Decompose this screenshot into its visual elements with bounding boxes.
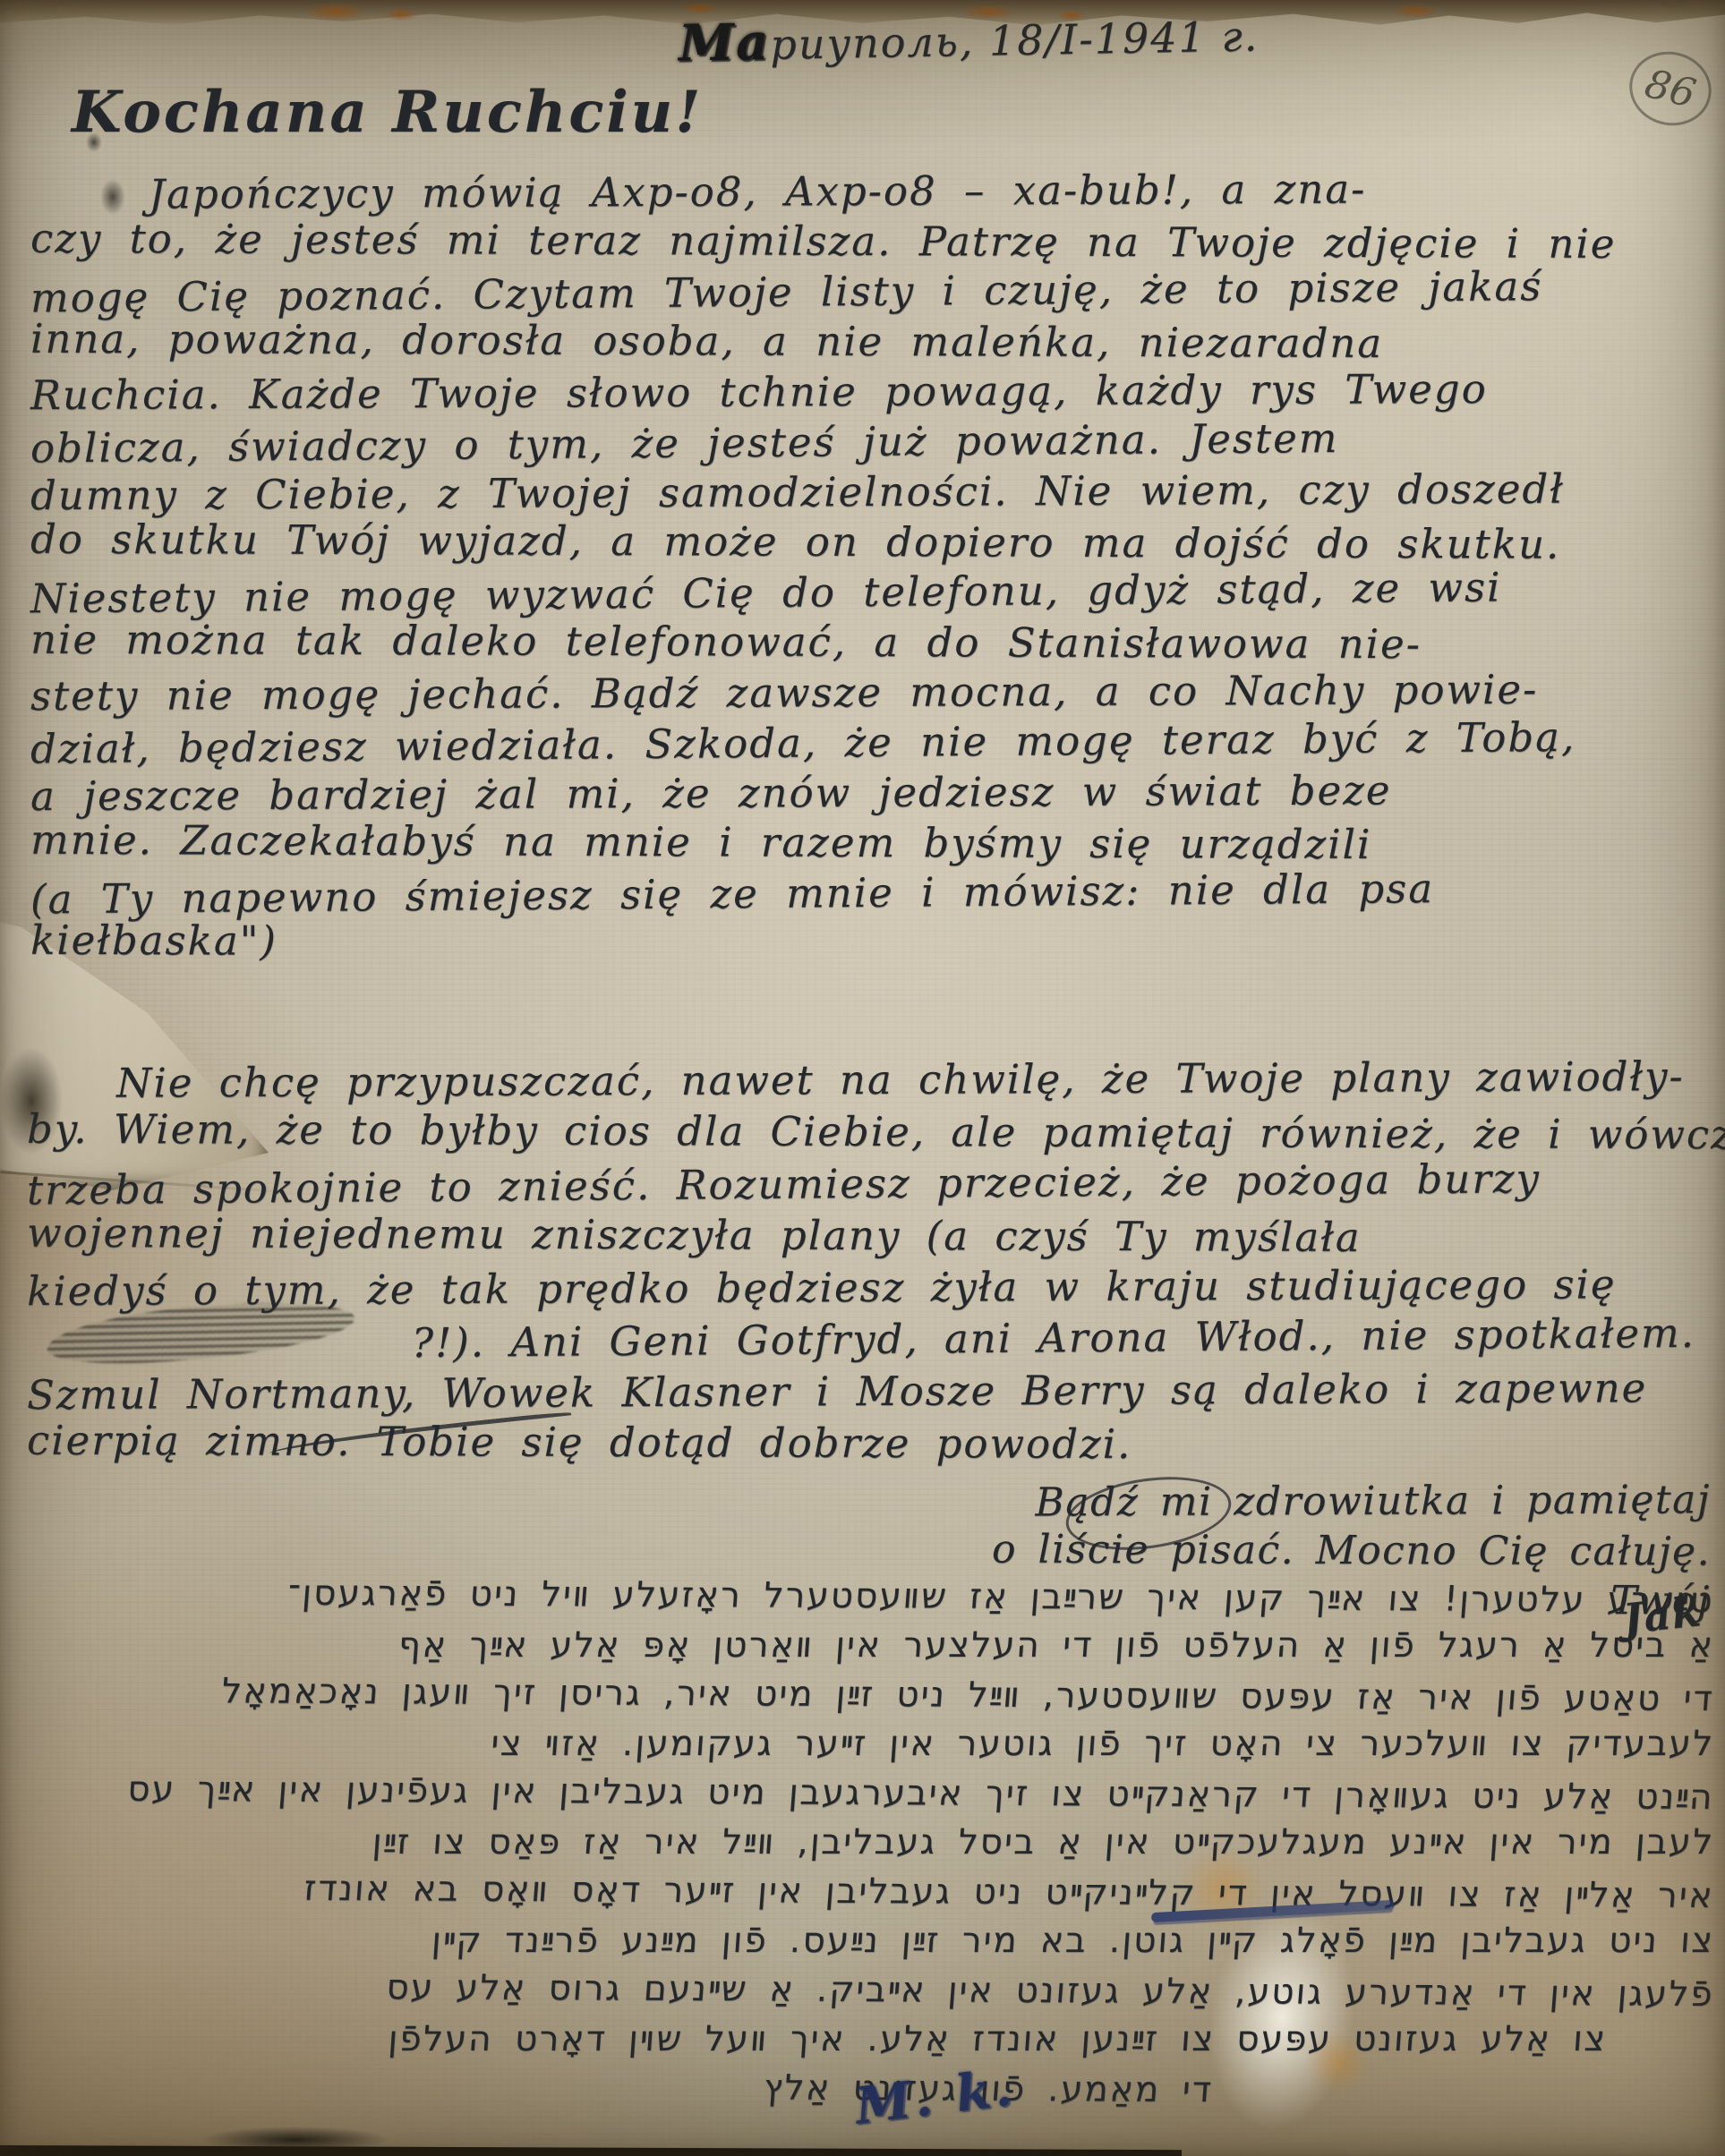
rust-stain bbox=[680, 2, 720, 14]
handwriting-line: פֿלעגן אין די אַנדערע גוטע, אַלע געזונט … bbox=[9, 1961, 1715, 2019]
bottom-shadow bbox=[0, 2143, 1182, 2156]
handwriting-line: לעבן מיר אין אײנע מעגלעכקײט אין אַ ביסל … bbox=[9, 1818, 1716, 1867]
handwriting-line: by. Wiem, że to byłby cios dla Ciebie, a… bbox=[27, 1104, 1712, 1162]
yiddish-section: טײַערע עלטערן! צו אײַך קען איך שרײַבן אַ… bbox=[11, 1572, 1714, 2113]
paragraph-2: Nie chcę przypuszczać, nawet na chwilę, … bbox=[27, 1054, 1712, 1470]
rust-stain bbox=[1392, 4, 1439, 18]
bottom-smudge bbox=[201, 2126, 389, 2153]
date-line: Мариуполь, 18/І-1941 г. bbox=[678, 4, 1259, 72]
handwriting-line: Szmul Nortmany, Wowek Klasner i Mosze Be… bbox=[27, 1362, 1712, 1421]
paragraph-1: Japończycy mówią Axp-o8, Axp-o8 – xa-bub… bbox=[30, 166, 1707, 968]
letter-page: Мариуполь, 18/І-1941 г. 86 Kochana Ruchc… bbox=[0, 0, 1725, 2156]
page-number: 86 bbox=[1641, 60, 1701, 116]
page-number-badge: 86 bbox=[1621, 43, 1719, 134]
handwriting-line: טײַערע עלטערן! צו אײַך קען איך שרײַבן אַ… bbox=[9, 1567, 1715, 1625]
handwriting-line: a jeszcze bardziej żal mi, że znów jedzi… bbox=[30, 764, 1707, 822]
handwriting-line: לעבעדיק צו װעלכער צי האָט זיך פֿון גוטער… bbox=[9, 1719, 1716, 1768]
handwriting-line: די טאַטע פֿון איר אַז עפּעס שװעסטער, װײַ… bbox=[9, 1666, 1715, 1724]
letter-scan: Мариуполь, 18/І-1941 г. 86 Kochana Ruchc… bbox=[0, 0, 1725, 2156]
handwriting-line: אַ ביסל אַ רעגל פֿון אַ העלפֿט פֿון די ה… bbox=[9, 1621, 1716, 1670]
handwriting-line: inna, poważna, dorosła osoba, a nie male… bbox=[30, 314, 1707, 371]
handwriting-line: trzeba spokojnie to znieść. Rozumiesz pr… bbox=[27, 1152, 1712, 1217]
handwriting-line: הײַנט אַלע ניט געװאָרן די קראַנקײט צו זי… bbox=[9, 1764, 1715, 1822]
handwriting-line: איר אַלײן אַז צו װעסל אין די קלײניקײט ני… bbox=[9, 1862, 1715, 1921]
handwriting-line: wojennej niejednemu zniszczyła plany (a … bbox=[27, 1207, 1712, 1265]
handwriting-line: צו ניט געבליבן מײַן פֿאָלג קײן גוטן. בא … bbox=[9, 1916, 1716, 1965]
handwriting-line: dumny z Ciebie, z Twojej samodzielności.… bbox=[30, 464, 1707, 521]
handwriting-line: Japończycy mówią Axp-o8, Axp-o8 – xa-bub… bbox=[30, 163, 1707, 220]
closing-line: Bądź mi zdrowiutka i pamiętaj bbox=[977, 1475, 1711, 1528]
handwriting-line: kiełbaska") bbox=[30, 916, 1707, 972]
rust-stain bbox=[385, 7, 417, 21]
salutation: Kochana Ruchciu! bbox=[72, 79, 703, 146]
date-heavy-blot: Ма bbox=[678, 13, 770, 73]
rust-stain bbox=[304, 2, 367, 21]
date-text: риуполь, 18/І-1941 г. bbox=[770, 12, 1260, 69]
handwriting-line: Nie chcę przypuszczać, nawet na chwilę, … bbox=[27, 1051, 1712, 1110]
handwriting-line: cierpią zimno. Tobie się dotąd dobrze po… bbox=[27, 1415, 1712, 1473]
handwriting-line: צו אַלע געזונט עפּעס צו זײַנען אונדז אַל… bbox=[9, 2015, 1716, 2064]
handwriting-line: nie można tak daleko telefonować, a do S… bbox=[30, 615, 1707, 671]
